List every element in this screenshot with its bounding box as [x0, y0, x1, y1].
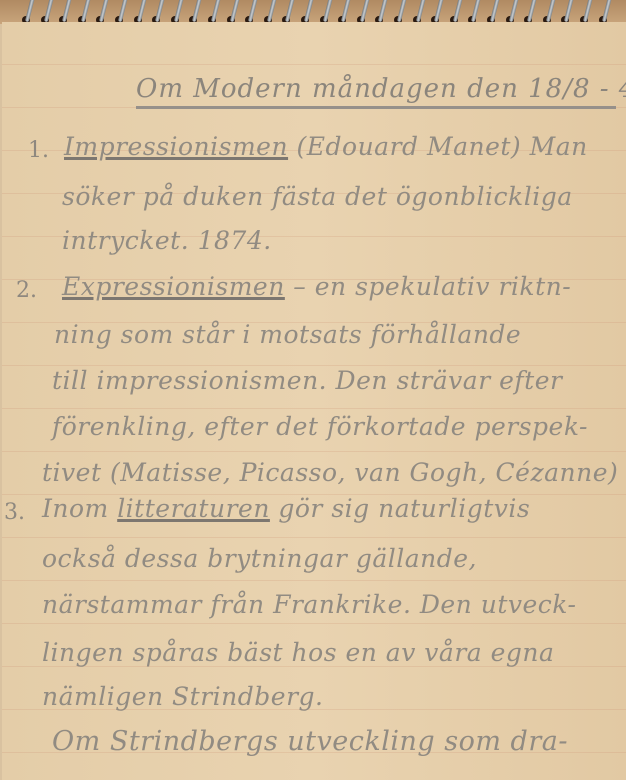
- item-1-line-3: intrycket. 1874.: [62, 226, 272, 255]
- item-1-line-1: Impressionismen (Edouard Manet) Man: [64, 132, 588, 161]
- item-1-text: (Edouard Manet) Man: [288, 132, 588, 161]
- item-2-line-1: Expressionismen – en spekulativ riktn-: [62, 272, 571, 301]
- item-3-line-2: också dessa brytningar gällande,: [42, 544, 477, 573]
- item-2-line-2: ning som står i motsats förhållande: [54, 320, 521, 349]
- closing-line: Om Strindbergs utveckling som dra-: [52, 726, 568, 757]
- item-3-line-5: nämligen Strindberg.: [42, 682, 323, 711]
- item-3-line-1: Inom litteraturen gör sig naturligtvis: [42, 494, 530, 523]
- item-1-term: Impressionismen: [64, 132, 288, 161]
- item-2-line-4: förenkling, efter det förkortade perspek…: [52, 412, 588, 441]
- item-2-text: – en spekulativ riktn-: [285, 272, 571, 301]
- item-number-2: 2.: [16, 278, 37, 303]
- page-title: Om Modern måndagen den 18/8 - 40: [136, 74, 616, 109]
- item-1-line-2: söker på duken fästa det ögonblickliga: [62, 182, 573, 211]
- item-number-1: 1.: [28, 138, 49, 163]
- item-3-text: gör sig naturligtvis: [270, 494, 530, 523]
- item-3-lead: Inom: [42, 494, 117, 523]
- item-number-3: 3.: [4, 500, 25, 525]
- item-3-term: litteraturen: [117, 494, 270, 523]
- item-3-line-4: lingen spåras bäst hos en av våra egna: [42, 638, 554, 667]
- item-2-line-3: till impressionismen. Den strävar efter: [52, 366, 562, 395]
- item-3-line-3: närstammar från Frankrike. Den utveck-: [42, 590, 576, 619]
- item-2-line-5: tivet (Matisse, Picasso, van Gogh, Cézan…: [42, 458, 618, 487]
- notebook-page: Om Modern måndagen den 18/8 - 40 1. Impr…: [2, 22, 626, 780]
- item-2-term: Expressionismen: [62, 272, 285, 301]
